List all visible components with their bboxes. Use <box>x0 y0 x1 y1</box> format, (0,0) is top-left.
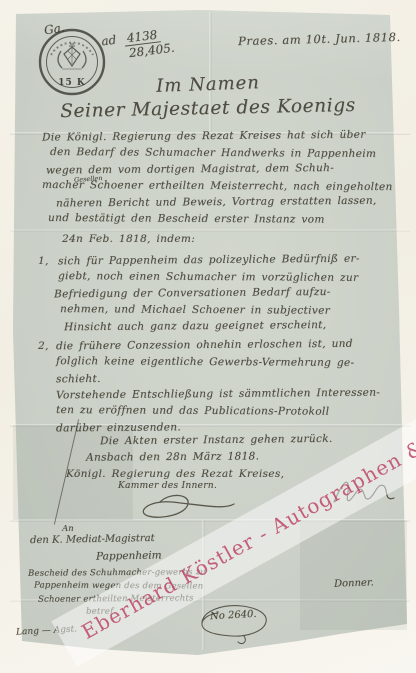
closing-paragraph: Vorstehende Entschließung ist sämmtliche… <box>56 386 380 436</box>
item-1: sich für Pappenheim das polizeyliche Bed… <box>58 252 360 335</box>
registry-prefix: ad <box>101 33 117 49</box>
body-line: Befriedigung der Conversationen Bedarf a… <box>54 284 360 303</box>
item-marker: 1, <box>38 253 49 270</box>
address-recipient: den K. Mediat-Magistrat <box>30 533 155 546</box>
remit-line: Die Akten erster Instanz gehen zurück. <box>100 431 333 450</box>
place-date-line: Ansbach den 28n März 1818. <box>86 448 259 466</box>
corner-note: Ga. <box>43 21 65 38</box>
intro-date-line: 24n Feb. 1818, indem: <box>62 231 195 248</box>
body-line: Hinsicht auch ganz dazu geeignet erschei… <box>64 317 360 336</box>
body-line: sich für Pappenheim das polizeyliche Bed… <box>58 251 360 270</box>
photo-scene: 15 K Ga. ad 4138 28,405. Praes. am 10t. … <box>0 0 416 673</box>
body-line: die frühere Conzession ohnehin erloschen… <box>56 336 355 355</box>
item-marker: 2, <box>38 338 49 355</box>
recipient-name: Donner. <box>334 577 374 589</box>
body-line: Die Königl. Regierung des Rezat Kreises … <box>42 126 393 146</box>
paraph-signature <box>130 488 240 528</box>
body-line: und bestätigt den Bescheid erster Instan… <box>48 210 393 229</box>
address-an: An <box>62 524 74 534</box>
item-2: die frühere Conzession ohnehin erloschen… <box>56 337 354 387</box>
body-line: Vorstehende Entschließung ist sämmtliche… <box>56 385 380 404</box>
address-city: Pappenheim <box>96 549 162 562</box>
